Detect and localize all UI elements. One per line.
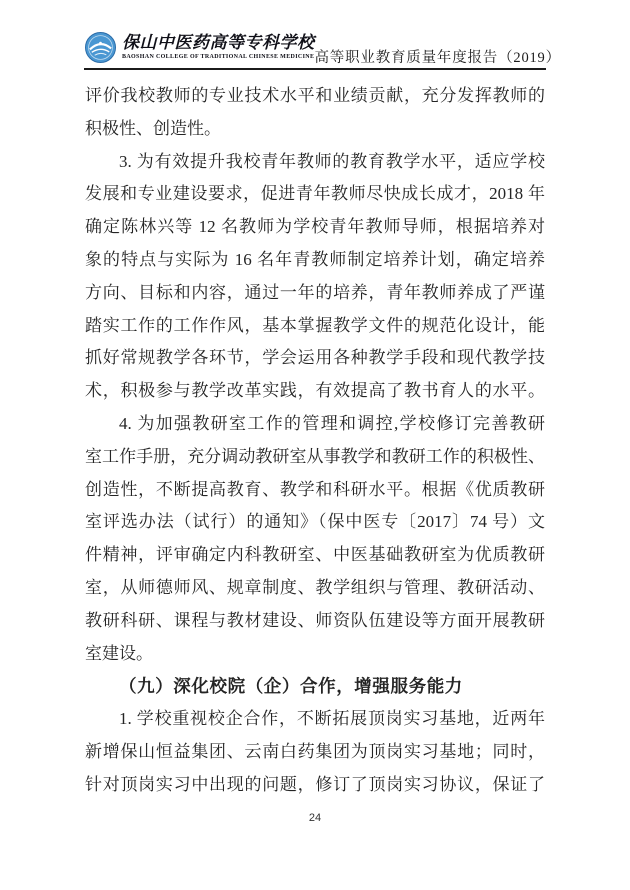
text-line: 室，从师德师风、规章制度、教学组织与管理、教研活动、 bbox=[85, 572, 545, 605]
document-page: 保山中医药高等专科学校 BAOSHAN COLLEGE OF TRADITION… bbox=[0, 0, 630, 890]
page-footer: 24 bbox=[0, 812, 630, 824]
text-line: 象的特点与实际为 16 名年青教师制定培养计划，确定培养 bbox=[85, 244, 545, 277]
college-name-zh: 保山中医药高等专科学校 bbox=[122, 32, 315, 53]
college-name-block: 保山中医药高等专科学校 BAOSHAN COLLEGE OF TRADITION… bbox=[122, 32, 315, 61]
text-line: 方向、目标和内容，通过一年的培养，青年教师养成了严谨 bbox=[85, 277, 545, 310]
text-line: 件精神，评审确定内科教研室、中医基础教研室为优质教研 bbox=[85, 539, 545, 572]
text-line: 4. 为加强教研室工作的管理和调控,学校修订完善教研 bbox=[85, 408, 545, 441]
text-line: 确定陈林兴等 12 名教师为学校青年教师导师，根据培养对 bbox=[85, 211, 545, 244]
text-line: 室建设。 bbox=[85, 638, 545, 671]
header-divider bbox=[84, 68, 546, 70]
text-line: 积极性、创造性。 bbox=[85, 113, 545, 146]
text-line: 抓好常规教学各环节，学会运用各种教学手段和现代教学技 bbox=[85, 342, 545, 375]
college-brand: 保山中医药高等专科学校 BAOSHAN COLLEGE OF TRADITION… bbox=[85, 30, 315, 63]
text-line: 踏实工作的工作作风，基本掌握教学文件的规范化设计，能 bbox=[85, 310, 545, 343]
college-logo-icon bbox=[85, 32, 116, 63]
text-line: 针对顶岗实习中出现的问题，修订了顶岗实习协议，保证了 bbox=[85, 769, 545, 802]
text-line: 术，积极参与教学改革实践，有效提高了教书育人的水平。 bbox=[85, 375, 545, 408]
text-line: 新增保山恒益集团、云南白药集团为顶岗实习基地；同时， bbox=[85, 736, 545, 769]
text-line: 教研科研、课程与教材建设、师资队伍建设等方面开展教研 bbox=[85, 605, 545, 638]
text-line: 评价我校教师的专业技术水平和业绩贡献，充分发挥教师的 bbox=[85, 80, 545, 113]
text-line: 室工作手册，充分调动教研室从事教学和教研工作的积极性、 bbox=[85, 441, 545, 474]
page-number: 24 bbox=[309, 812, 321, 824]
college-name-en: BAOSHAN COLLEGE OF TRADITIONAL CHINESE M… bbox=[122, 53, 315, 61]
text-line: 创造性，不断提高教育、教学和科研水平。根据《优质教研 bbox=[85, 474, 545, 507]
section-heading: （九）深化校院（企）合作，增强服务能力 bbox=[85, 670, 545, 703]
text-line: 室评选办法（试行）的通知》（保中医专〔2017〕74 号）文 bbox=[85, 506, 545, 539]
text-line: 3. 为有效提升我校青年教师的教育教学水平，适应学校 bbox=[85, 146, 545, 179]
text-line: 1. 学校重视校企合作，不断拓展顶岗实习基地，近两年 bbox=[85, 703, 545, 736]
page-header: 保山中医药高等专科学校 BAOSHAN COLLEGE OF TRADITION… bbox=[85, 30, 546, 68]
document-lines: 评价我校教师的专业技术水平和业绩贡献，充分发挥教师的积极性、创造性。3. 为有效… bbox=[85, 80, 545, 802]
document-body: 评价我校教师的专业技术水平和业绩贡献，充分发挥教师的积极性、创造性。3. 为有效… bbox=[85, 80, 545, 802]
text-line: 发展和专业建设要求，促进青年教师尽快成长成才，2018 年 bbox=[85, 178, 545, 211]
report-title: 高等职业教育质量年度报告（2019） bbox=[315, 46, 577, 67]
